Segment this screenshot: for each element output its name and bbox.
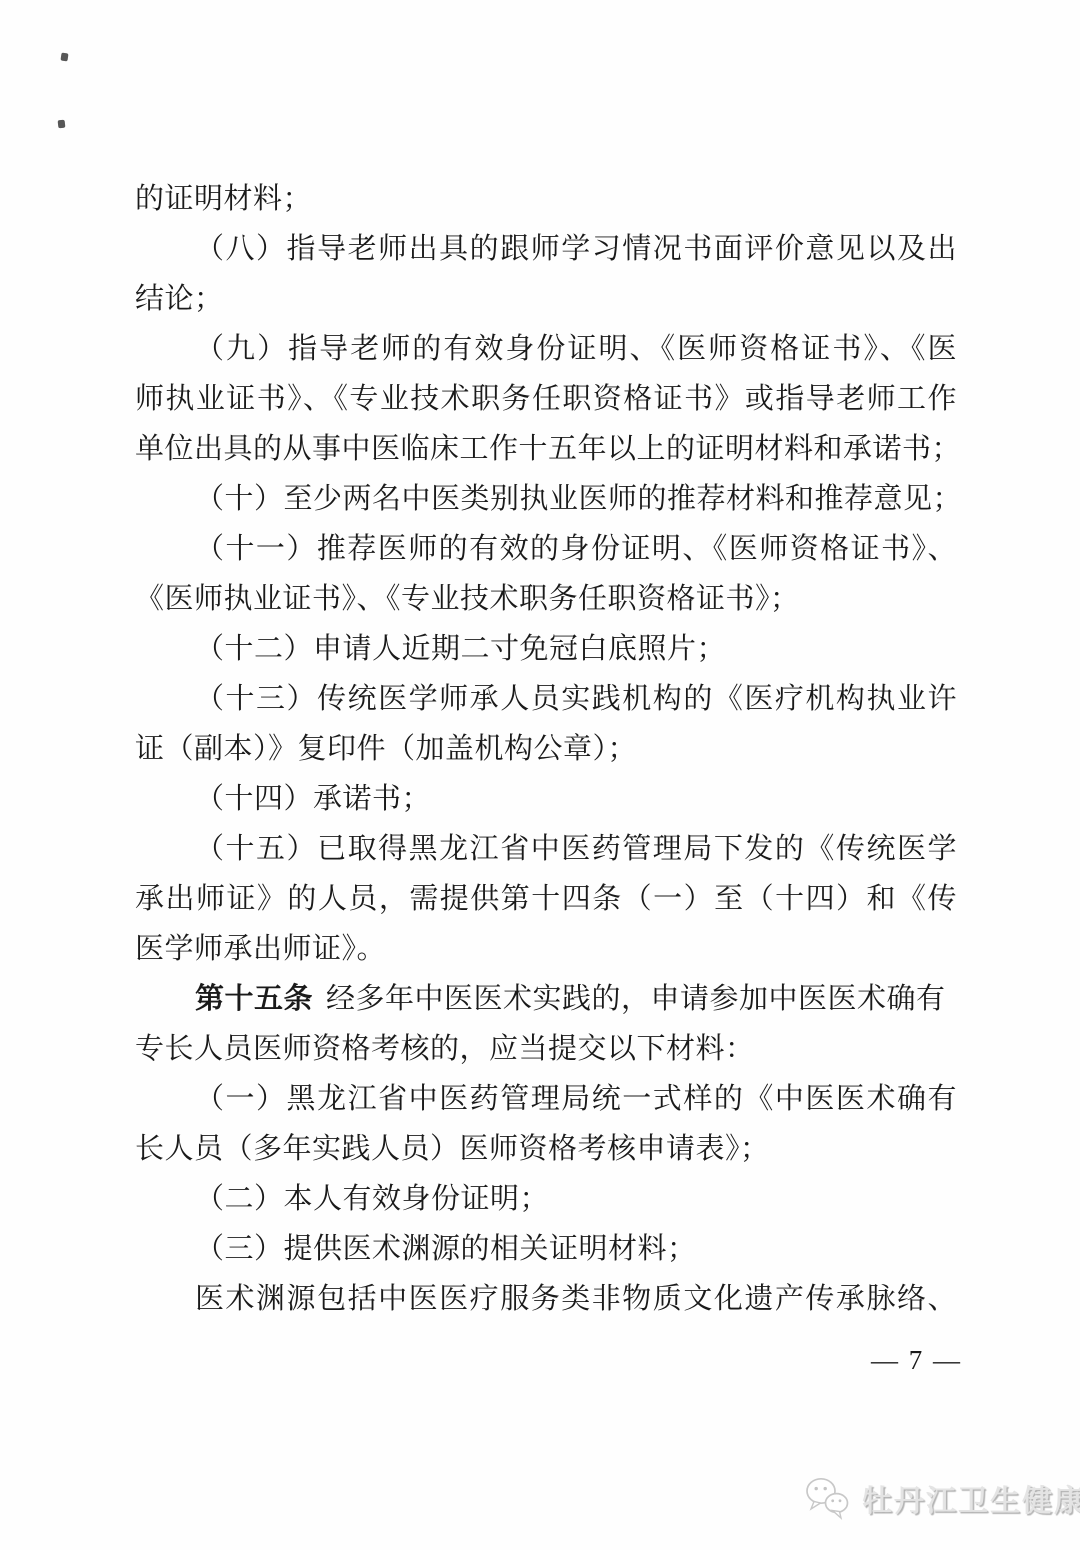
text-line: 长人员（多年实践人员）医师资格考核申请表》； [135,1124,957,1174]
page-number: — 7 — [871,1340,962,1380]
text-line: 承出师证》的人员，需提供第十四条（一）至（十四）和《传统 [135,874,957,924]
text-line: 单位出具的从事中医临床工作十五年以上的证明材料和承诺书； [135,424,957,474]
wechat-watermark: 牡丹江卫生健康 [804,1476,1080,1520]
wechat-icon [804,1476,852,1520]
text-line: 师执业证书》、《专业技术职务任职资格证书》或指导老师工作 [135,374,957,424]
text-line: （八）指导老师出具的跟师学习情况书面评价意见以及出师 [135,224,957,274]
text-line: （十三）传统医学师承人员实践机构的《医疗机构执业许可 [135,674,957,724]
text-line: 的证明材料； [135,174,957,224]
text-line: （一）黑龙江省中医药管理局统一式样的《中医医术确有专 [135,1074,957,1124]
article-number: 第十五条 [195,983,313,1015]
scan-speck-2 [58,120,66,129]
text-line: 证（副本）》复印件（加盖机构公章）； [135,724,957,774]
text-line: （二）本人有效身份证明； [135,1174,957,1224]
text-line: （九）指导老师的有效身份证明、《医师资格证书》、《医 [135,324,957,374]
text-line: 第十五条经多年中医医术实践的，申请参加中医医术确有 [135,974,957,1024]
text-line: 医术渊源包括中医医疗服务类非物质文化遗产传承脉络、家 [135,1274,957,1324]
scan-speck-1 [60,53,68,62]
watermark-label: 牡丹江卫生健康 [862,1476,1080,1520]
text-line: （十）至少两名中医类别执业医师的推荐材料和推荐意见； [135,474,957,524]
text-line: 《医师执业证书》、《专业技术职务任职资格证书》； [135,574,957,624]
text-line: （十四）承诺书； [135,774,957,824]
document-body: 的证明材料； （八）指导老师出具的跟师学习情况书面评价意见以及出师 结论； （九… [135,174,957,1324]
text-line: （三）提供医术渊源的相关证明材料； [135,1224,957,1274]
text-line: 医学师承出师证》。 [135,924,957,974]
text-line: （十二）申请人近期二寸免冠白底照片； [135,624,957,674]
article-text: 经多年中医医术实践的，申请参加中医医术确有 [326,983,946,1015]
text-line: （十一）推荐医师的有效的身份证明、《医师资格证书》、 [135,524,957,574]
text-line: 专长人员医师资格考核的，应当提交以下材料： [135,1024,957,1074]
text-line: 结论； [135,274,957,324]
text-line: （十五）已取得黑龙江省中医药管理局下发的《传统医学师 [135,824,957,874]
document-page: 的证明材料； （八）指导老师出具的跟师学习情况书面评价意见以及出师 结论； （九… [0,0,1080,1550]
